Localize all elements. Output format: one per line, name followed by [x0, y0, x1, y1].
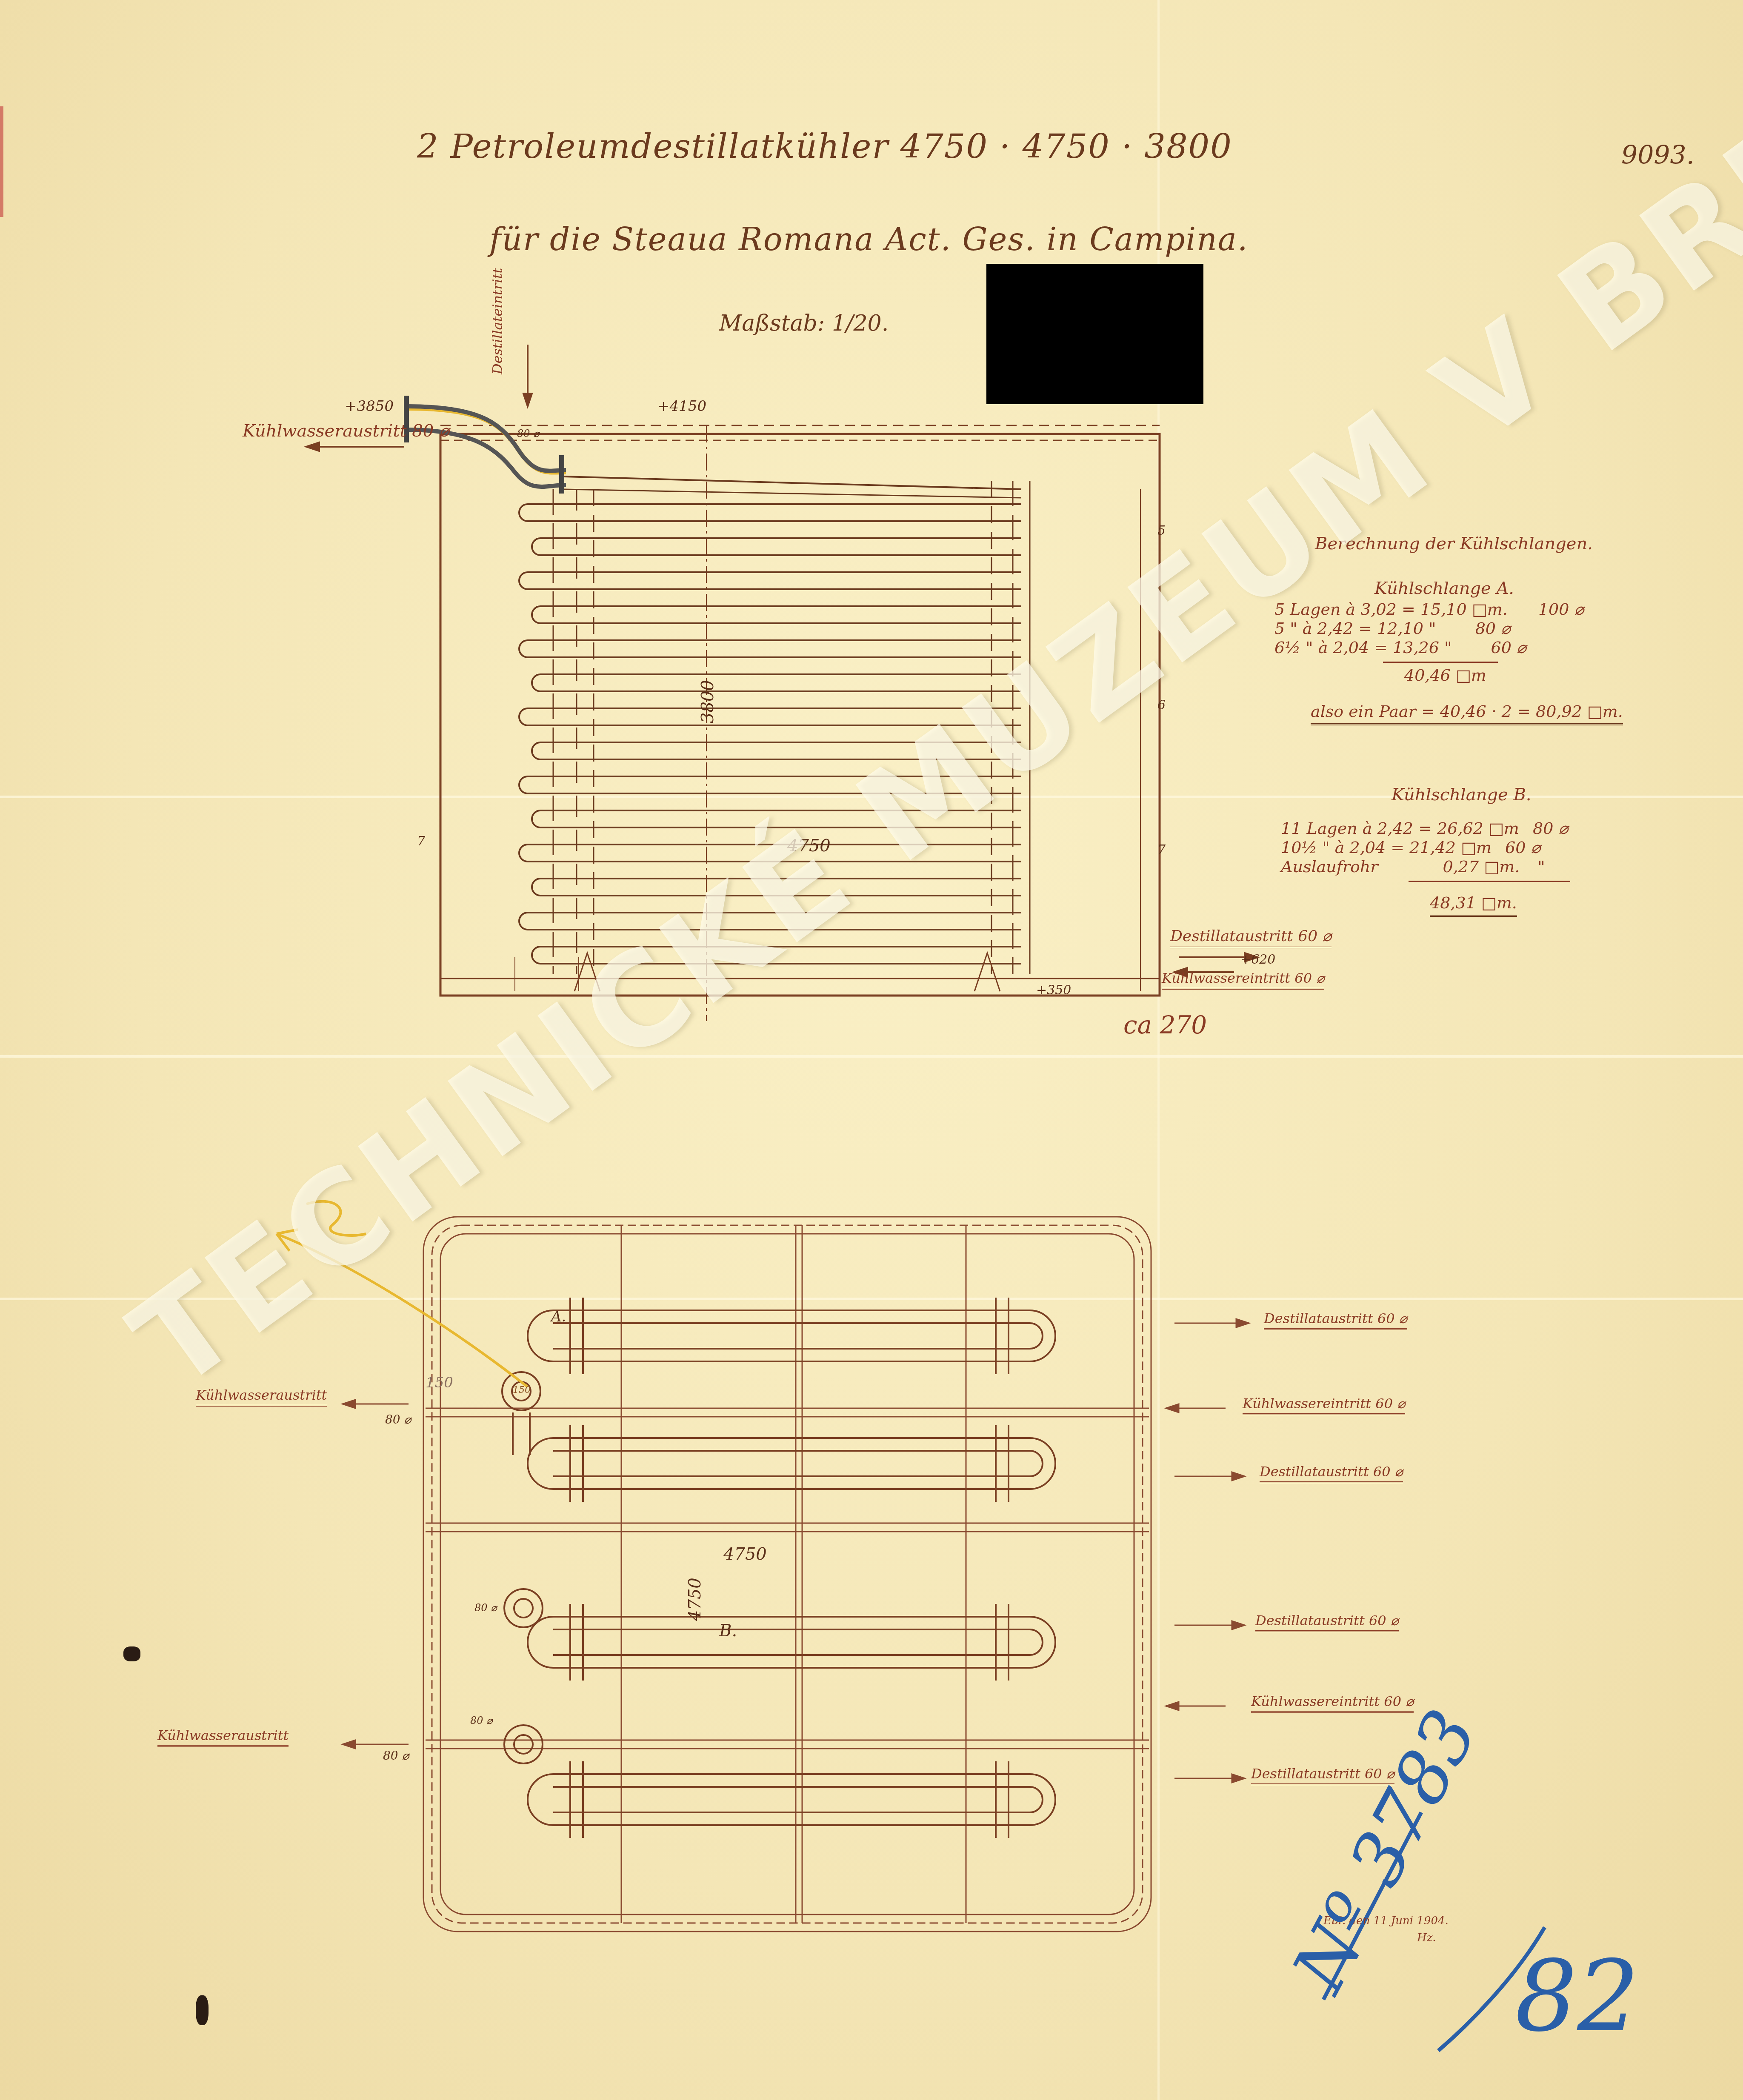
plan-right-label: Kühlwassereintritt 60 ⌀ — [1243, 1395, 1405, 1415]
calc-row: 10½ " à 2,04 = 21,42 □m 60 ⌀ — [1281, 838, 1540, 857]
calc-row: 5 " à 2,42 = 12,10 " 80 ⌀ — [1274, 619, 1511, 638]
archive-sub-number: 82 — [1515, 1940, 1640, 2054]
coil-a-total: 40,46 □m — [1404, 666, 1486, 685]
plan-left-outlet-dia: 80 ⌀ — [385, 1412, 411, 1427]
calc-row: 11 Lagen à 2,42 = 26,62 □m 80 ⌀ — [1281, 819, 1568, 838]
label-distillate-inlet: Destillateintritt — [489, 268, 506, 374]
annotation-ca-270: ca 270 — [1123, 1010, 1207, 1039]
coil-a-mark: A. — [551, 1308, 566, 1325]
height-dimension: 3800 — [698, 680, 717, 723]
coil-b-total: 48,31 □m. — [1430, 893, 1517, 917]
header-note: 150 — [426, 1374, 453, 1391]
plan-right-label: Destillataustritt 60 ⌀ — [1264, 1310, 1407, 1330]
label-cooling-water-outlet: Kühlwasseraustritt 80 ⌀ — [243, 421, 449, 441]
side-mark: 7 — [1157, 842, 1166, 857]
plan-right-label: Destillataustritt 60 ⌀ — [1251, 1766, 1394, 1785]
calc-row: 5 Lagen à 3,02 = 15,10 □m. 100 ⌀ — [1274, 600, 1584, 619]
plan-right-label: Destillataustritt 60 ⌀ — [1260, 1464, 1403, 1483]
plan-right-label: Kühlwassereintritt 60 ⌀ — [1251, 1693, 1414, 1713]
calc-row: Auslaufrohr 0,27 □m. " — [1281, 857, 1545, 876]
label-cooling-water-inlet: Kühlwassereintritt 60 ⌀ — [1162, 970, 1324, 990]
calc-row: 6½ " à 2,04 = 13,26 " 60 ⌀ — [1274, 638, 1526, 657]
coil-b-mark: B. — [719, 1621, 737, 1641]
elevation-620: +620 — [1240, 952, 1275, 967]
plan-depth-dimension: 4750 — [685, 1578, 705, 1621]
coil-b-title: Kühlschlange B. — [1392, 785, 1532, 805]
pipe-diameter-80: 80 ⌀ — [517, 428, 540, 439]
header-diameter: 150 — [513, 1385, 531, 1395]
plan-left-outlet-label: Kühlwasseraustritt — [157, 1727, 289, 1747]
plan-left-outlet-dia: 80 ⌀ — [383, 1749, 409, 1763]
coil-a-pair-total: also ein Paar = 40,46 · 2 = 80,92 □m. — [1311, 702, 1623, 725]
sum-rule — [1409, 881, 1570, 882]
ink-stain — [123, 1646, 140, 1661]
elevation-3850: +3850 — [345, 398, 394, 415]
sum-rule — [1383, 662, 1498, 663]
initials: Hz. — [1417, 1932, 1436, 1944]
plan-right-label: Destillataustritt 60 ⌀ — [1255, 1612, 1399, 1632]
label-distillate-outlet: Destillataustritt 60 ⌀ — [1170, 927, 1332, 948]
elevation-350: +350 — [1036, 983, 1071, 998]
plan-width-dimension: 4750 — [723, 1544, 767, 1564]
nozzle-dia: 80 ⌀ — [470, 1715, 493, 1726]
coil-a-title: Kühlschlange A. — [1374, 579, 1514, 598]
elevation-4150: +4150 — [657, 398, 706, 415]
ink-stain — [196, 1995, 209, 2025]
nozzle-dia: 80 ⌀ — [474, 1602, 497, 1614]
side-mark-left: 7 — [417, 834, 425, 849]
